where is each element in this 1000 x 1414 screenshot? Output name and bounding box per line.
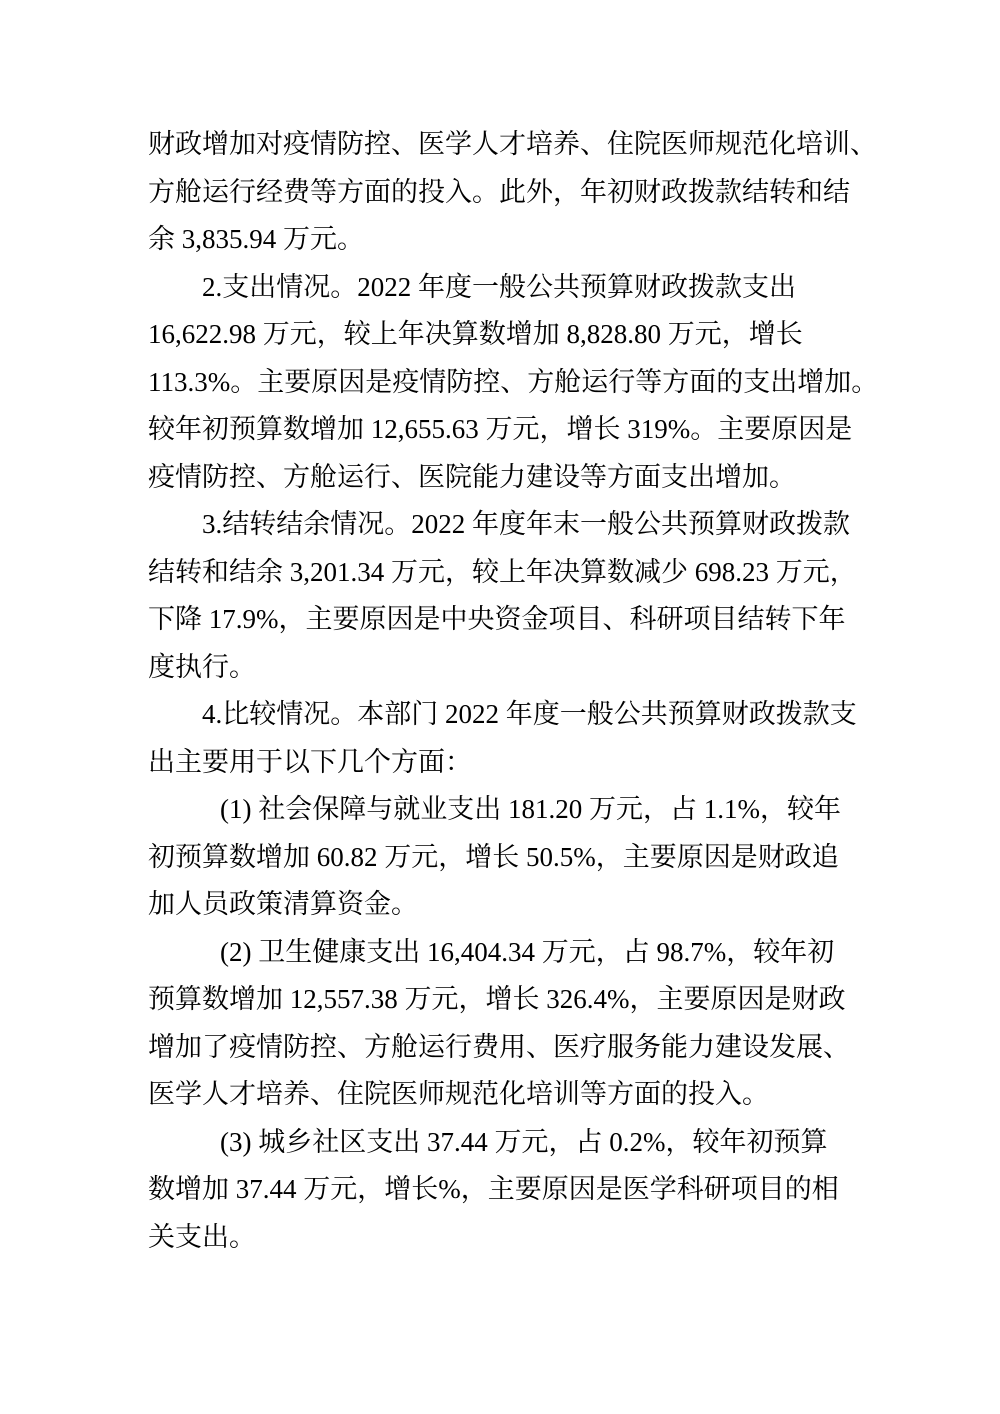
text-line: 余 3,835.94 万元。	[148, 216, 860, 264]
text-line: 下降 17.9%，主要原因是中央资金项目、科研项目结转下年	[148, 596, 860, 644]
text-line: 关支出。	[148, 1214, 860, 1262]
text-line: 疫情防控、方舱运行、医院能力建设等方面支出增加。	[148, 454, 860, 502]
document-page: 财政增加对疫情防控、医学人才培养、住院医师规范化培训、 方舱运行经费等方面的投入…	[0, 0, 1000, 1414]
paragraph-comparison: 4.比较情况。本部门 2022 年度一般公共预算财政拨款支 出主要用于以下几个方…	[148, 691, 860, 786]
text-line: 财政增加对疫情防控、医学人才培养、住院医师规范化培训、	[148, 121, 860, 169]
text-line: 113.3%。主要原因是疫情防控、方舱运行等方面的支出增加。	[148, 359, 860, 407]
text-line: 结转和结余 3,201.34 万元，较上年决算数减少 698.23 万元，	[148, 549, 860, 597]
text-line: (3) 城乡社区支出 37.44 万元，占 0.2%，较年初预算	[148, 1119, 860, 1167]
text-line: 度执行。	[148, 644, 860, 692]
paragraph-item-social-security: (1) 社会保障与就业支出 181.20 万元，占 1.1%，较年 初预算数增加…	[148, 786, 860, 929]
paragraph-continuation: 财政增加对疫情防控、医学人才培养、住院医师规范化培训、 方舱运行经费等方面的投入…	[148, 121, 860, 264]
paragraph-carryover: 3.结转结余情况。2022 年度年末一般公共预算财政拨款 结转和结余 3,201…	[148, 501, 860, 691]
text-line: 医学人才培养、住院医师规范化培训等方面的投入。	[148, 1071, 860, 1119]
text-line: 初预算数增加 60.82 万元，增长 50.5%，主要原因是财政追	[148, 834, 860, 882]
paragraph-item-community: (3) 城乡社区支出 37.44 万元，占 0.2%，较年初预算 数增加 37.…	[148, 1119, 860, 1262]
text-line: 较年初预算数增加 12,655.63 万元，增长 319%。主要原因是	[148, 406, 860, 454]
text-line: 方舱运行经费等方面的投入。此外，年初财政拨款结转和结	[148, 169, 860, 217]
text-line: 3.结转结余情况。2022 年度年末一般公共预算财政拨款	[148, 501, 860, 549]
text-line: 加人员政策清算资金。	[148, 881, 860, 929]
paragraph-expenditure: 2.支出情况。2022 年度一般公共预算财政拨款支出 16,622.98 万元，…	[148, 264, 860, 502]
page-text-block: 财政增加对疫情防控、医学人才培养、住院医师规范化培训、 方舱运行经费等方面的投入…	[148, 121, 860, 1261]
paragraph-item-health: (2) 卫生健康支出 16,404.34 万元，占 98.7%，较年初 预算数增…	[148, 929, 860, 1119]
text-line: (2) 卫生健康支出 16,404.34 万元，占 98.7%，较年初	[148, 929, 860, 977]
text-line: 4.比较情况。本部门 2022 年度一般公共预算财政拨款支	[148, 691, 860, 739]
text-line: 出主要用于以下几个方面：	[148, 739, 860, 787]
text-line: (1) 社会保障与就业支出 181.20 万元，占 1.1%，较年	[148, 786, 860, 834]
text-line: 数增加 37.44 万元，增长%，主要原因是医学科研项目的相	[148, 1166, 860, 1214]
text-line: 增加了疫情防控、方舱运行费用、医疗服务能力建设发展、	[148, 1024, 860, 1072]
text-line: 16,622.98 万元，较上年决算数增加 8,828.80 万元，增长	[148, 311, 860, 359]
text-line: 预算数增加 12,557.38 万元，增长 326.4%，主要原因是财政	[148, 976, 860, 1024]
text-line: 2.支出情况。2022 年度一般公共预算财政拨款支出	[148, 264, 860, 312]
